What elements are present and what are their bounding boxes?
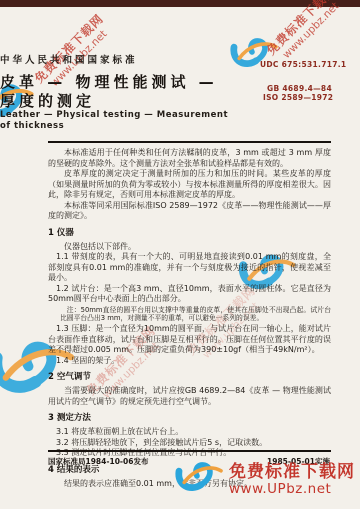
foreword-paragraph: 本标准等同采用国际标准ISO 2589—1972《皮革——物理性能测试——厚度的… — [48, 201, 331, 222]
clause-1-2: 1.2 试片台：是一个高3 mm、直径10mm，表面水平的圆柱体。它是直径为50… — [48, 284, 331, 305]
clause-3-1: 3.1 将皮革粒面朝上放在试片台上。 — [48, 427, 331, 438]
document-title-cn-line1: 皮革 — 物理性能测试 — — [0, 71, 270, 92]
document-body: 本标准适用于任何种类和任何方法鞣制的皮革，3 mm 或超过 3 mm 厚度的坚硬… — [48, 148, 331, 489]
standard-number: GB 4689.4—84 — [267, 84, 332, 93]
issue-date: 国家标准局1984-10-06发布 — [48, 456, 148, 467]
udc-number: UDC 675:531.717.1 — [260, 60, 346, 69]
section-1-heading: 1 仪器 — [48, 228, 331, 238]
iso-number: ISO 2589—1972 — [263, 93, 333, 102]
section-2-heading: 2 空气调节 — [48, 372, 331, 382]
footer-divider — [48, 450, 331, 452]
national-standard-label: 中华人民共和国国家标准 — [0, 52, 270, 66]
logo-site-url: www.UPbz.net — [229, 482, 355, 496]
section-1-intro: 仪器包括以下部件。 — [48, 242, 331, 253]
section-2-body: 当需要最大的准确度时，试片应按GB 4689.2—84《皮革 — 物理性能测试用… — [48, 386, 331, 407]
document-title-en-line2: of thickness — [0, 121, 270, 131]
document-title-cn-line2: 厚度的测定 — [0, 90, 270, 111]
up-logo-icon — [173, 460, 225, 500]
document-title-en-line1: Leather — Physical testing — Measurement — [0, 110, 270, 120]
logo-site-name: 免费标准下载网 — [229, 464, 355, 482]
clause-1-1: 1.1 带刻度的表，具有一个大的、可明显地直接读到0.01 mm的刻度盘，全部刻… — [48, 252, 331, 284]
top-red-bar — [0, 0, 360, 7]
clause-1-4: 1.4 坚固的架子。 — [48, 356, 331, 367]
section-3-heading: 3 测定方法 — [48, 413, 331, 423]
foreword-paragraph: 本标准适用于任何种类和任何方法鞣制的皮革，3 mm 或超过 3 mm 厚度的坚硬… — [48, 148, 331, 169]
clause-1-3: 1.3 压脚：是一个直径为10mm的圆平面，与试片台在同一轴心上，能对试片台表面… — [48, 324, 331, 356]
standard-document-page: 免费标准下载网 www.upbz.net 免费标准下载网 www.upbz.ne… — [0, 0, 360, 509]
upbz-site-logo: 免费标准下载网 www.UPbz.net — [173, 460, 355, 500]
clause-3-2: 3.2 将压脚轻轻地放下，到全部接触试片后5 s，记取读数。 — [48, 438, 331, 449]
clause-1-2-note: 注：50mm直径的圆平台用以支撑中等重量的皮革，使其在压脚处不出现凸起。试片台比… — [60, 306, 331, 324]
header-divider — [48, 141, 331, 143]
foreword-paragraph: 皮革厚度的测定决定于测量时所加的压力和加压的时间。某些皮革的厚度（如果测量时所加… — [48, 169, 331, 201]
